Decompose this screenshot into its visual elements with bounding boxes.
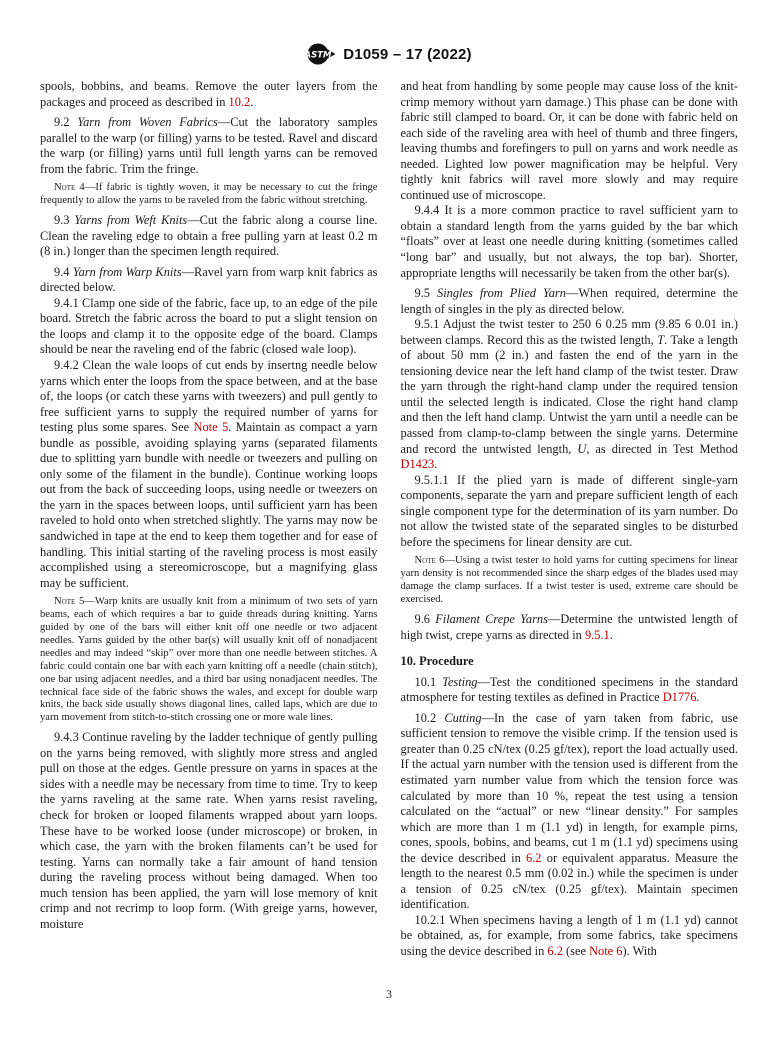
text-run: and heat from handling by some people ma… [401, 79, 739, 202]
text-run: . [610, 628, 613, 642]
para-9-5-1: 9.5.1 Adjust the twist tester to 250 6 0… [401, 317, 739, 472]
text-run: Note 5— [54, 596, 95, 607]
page-header: ASTM D1059 – 17 (2022) [0, 0, 778, 68]
para-9-4-1: 9.4.1 Clamp one side of the fabric, face… [40, 296, 378, 358]
para-9-4: 9.4 Yarn from Warp Knits—Ravel yarn from… [40, 265, 378, 296]
para-9-4-4: 9.4.4 It is a more common practice to ra… [401, 203, 739, 281]
text-run: . Take a length of about 50 mm (2 in.) a… [401, 333, 739, 456]
cross-reference-link[interactable]: 10.2 [229, 95, 251, 109]
text-run: U [577, 442, 586, 456]
text-run: 9.5.1.1 If the plied yarn is made of dif… [401, 473, 739, 549]
text-run: . Maintain as compact a yarn bundle as p… [40, 420, 378, 589]
text-run: Note 6— [415, 555, 456, 566]
text-run: Singles from Plied Yarn [437, 286, 566, 300]
para-9-5: 9.5 Singles from Plied Yarn—When require… [401, 286, 739, 317]
para-9-6: 9.6 Filament Crepe Yarns—Determine the u… [401, 612, 739, 643]
document-page: ASTM D1059 – 17 (2022) spools, bobbins, … [0, 0, 778, 1041]
text-run: Yarn from Warp Knits [73, 265, 182, 279]
text-run: , as directed in Test Method [586, 442, 738, 456]
two-column-body: spools, bobbins, and beams. Remove the o… [0, 68, 778, 960]
left-column: spools, bobbins, and beams. Remove the o… [40, 79, 378, 960]
text-run: ). With [622, 944, 656, 958]
text-run: 9.4.4 It is a more common practice to ra… [401, 203, 739, 279]
svg-text:ASTM: ASTM [306, 51, 332, 61]
para-9-4-3-continued: and heat from handling by some people ma… [401, 79, 739, 203]
doc-designation: D1059 – 17 (2022) [343, 46, 472, 63]
text-run: (see [563, 944, 589, 958]
text-run: 9.4.3 Continue raveling by the ladder te… [40, 730, 378, 931]
para-9-1-continued: spools, bobbins, and beams. Remove the o… [40, 79, 378, 110]
cross-reference-link[interactable]: Note 5 [194, 420, 229, 434]
para-10-1: 10.1 Testing—Test the conditioned specim… [401, 675, 739, 706]
text-run: Testing [442, 675, 477, 689]
cross-reference-link[interactable]: 6.2 [526, 851, 542, 865]
text-run: Cutting [444, 711, 481, 725]
text-run: 9.6 [415, 612, 436, 626]
note-5: Note 5—Warp knits are usually knit from … [40, 596, 378, 725]
para-9-5-1-1: 9.5.1.1 If the plied yarn is made of dif… [401, 473, 739, 551]
page-number: 3 [0, 989, 778, 1001]
para-9-2: 9.2 Yarn from Woven Fabrics—Cut the labo… [40, 115, 378, 177]
text-run: . [696, 690, 699, 704]
text-run: . [250, 95, 253, 109]
note-4: Note 4—If fabric is tightly woven, it ma… [40, 182, 378, 208]
text-run: spools, bobbins, and beams. Remove the o… [40, 79, 378, 109]
note-6: Note 6—Using a twist tester to hold yarn… [401, 555, 739, 607]
text-run: 9.3 [54, 213, 74, 227]
cross-reference-link[interactable]: D1776 [663, 690, 697, 704]
cross-reference-link[interactable]: 9.5.1 [585, 628, 610, 642]
text-run: 10.1 [415, 675, 443, 689]
para-9-4-2: 9.4.2 Clean the wale loops of cut ends b… [40, 358, 378, 591]
para-10-2-1: 10.2.1 When specimens having a length of… [401, 913, 739, 960]
text-run: 9.4 [54, 265, 73, 279]
para-9-3: 9.3 Yarns from Weft Knits—Cut the fabric… [40, 213, 378, 260]
para-9-4-3: 9.4.3 Continue raveling by the ladder te… [40, 730, 378, 932]
cross-reference-link[interactable]: D1423 [401, 457, 435, 471]
cross-reference-link[interactable]: 6.2 [547, 944, 563, 958]
text-run: 10. Procedure [401, 654, 474, 668]
para-10-2: 10.2 Cutting—In the case of yarn taken f… [401, 711, 739, 913]
text-run: —In the case of yarn taken from fabric, … [401, 711, 739, 865]
text-run: 9.4.1 Clamp one side of the fabric, face… [40, 296, 378, 357]
right-column: and heat from handling by some people ma… [401, 79, 739, 960]
text-run: 9.5 [415, 286, 438, 300]
text-run: Yarn from Woven Fabrics [77, 115, 217, 129]
text-run: Note 4— [54, 182, 95, 193]
text-run: 9.2 [54, 115, 77, 129]
text-run: Yarns from Weft Knits [74, 213, 187, 227]
text-run: . [434, 457, 437, 471]
text-run: Filament Crepe Yarns [435, 612, 548, 626]
astm-logo-icon: ASTM [306, 42, 336, 66]
heading-10-procedure: 10. Procedure [401, 654, 739, 670]
cross-reference-link[interactable]: Note 6 [589, 944, 622, 958]
text-run: 10.2 [415, 711, 445, 725]
text-run: Warp knits are usually knit from a minim… [40, 596, 378, 723]
